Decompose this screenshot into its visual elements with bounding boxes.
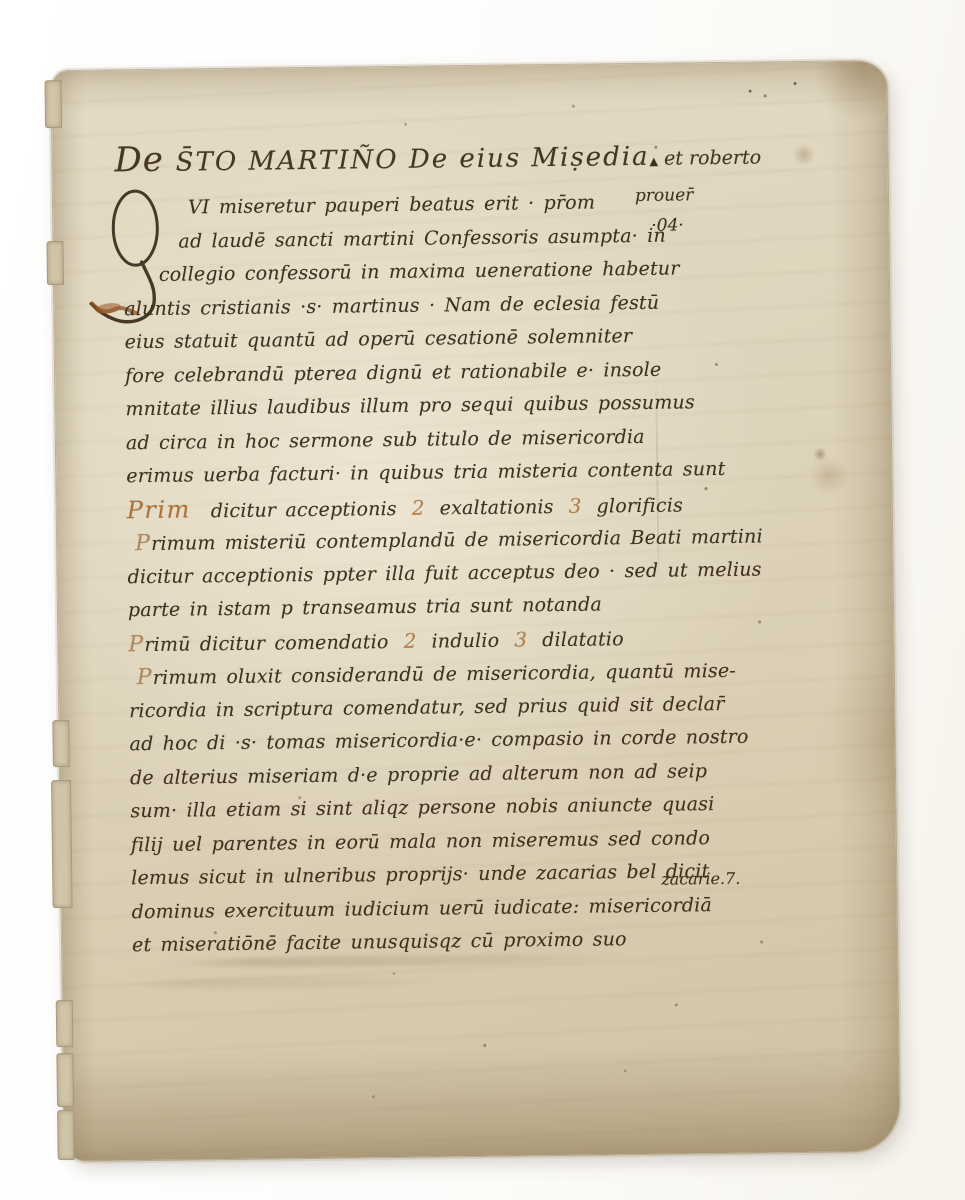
ink-text: et roberto bbox=[658, 146, 761, 169]
binding-stub bbox=[56, 1053, 74, 1107]
ink-text: de alterius miseriam d·e proprie ad alte… bbox=[130, 760, 707, 789]
rubric-text: 3 bbox=[569, 493, 582, 517]
ink-text: ad circa in hoc sermone sub titulo de mi… bbox=[126, 425, 645, 453]
rubric-text: 2 bbox=[412, 495, 425, 519]
ink-text: ad hoc di ·s· tomas misericordia·e· comp… bbox=[129, 726, 748, 756]
ink-text: rimum oluxit considerandū de misericordi… bbox=[153, 660, 736, 689]
ink-text: rimum misteriū contemplandū de misericor… bbox=[151, 525, 763, 554]
text-block: VI miseretur pauperi beatus erit · pr̄om… bbox=[123, 184, 822, 963]
binding-stub bbox=[51, 780, 73, 908]
rubric-text: Prim bbox=[127, 495, 191, 524]
margin-note-chapter: ·04· bbox=[651, 215, 684, 235]
ink-text: eius statuit quantū ad operū cesationē s… bbox=[125, 325, 633, 353]
rubric-text: P bbox=[128, 632, 143, 657]
rubric-text: 3 bbox=[514, 627, 527, 651]
ink-text: et miseratiōnē facite unusquisqz cū prox… bbox=[132, 928, 627, 956]
binding-stub bbox=[52, 720, 70, 767]
showthrough-ghost-line bbox=[124, 975, 454, 990]
margin-note-zacharias: zacarie.7. bbox=[661, 869, 740, 889]
ink-text: De eius Miṣedia bbox=[409, 142, 650, 175]
ink-text: De bbox=[114, 140, 176, 181]
rubric-text: P bbox=[135, 531, 150, 556]
ink-text: exaltationis bbox=[440, 496, 554, 519]
binding-stub bbox=[57, 1110, 75, 1160]
margin-note-source: prouer̄ bbox=[635, 185, 694, 206]
ink-text: filij uel parentes in eorū mala non mise… bbox=[131, 827, 710, 856]
ink-text: ad laudē sancti martini Confessoris asum… bbox=[178, 224, 666, 252]
ink-text: sum· illa etiam si sint aliqz persone no… bbox=[130, 793, 714, 822]
ink-text: collegio confessorū in maxima ueneration… bbox=[159, 257, 680, 285]
text-line: et miseratiōnē facite unusquisqz cū prox… bbox=[132, 921, 822, 963]
ink-text: indulio bbox=[431, 629, 499, 652]
binding-stub bbox=[56, 1000, 74, 1047]
rubric-text: 2 bbox=[403, 628, 416, 652]
ink-text: aluntis cristianis ·s· martinus · Nam de… bbox=[124, 291, 659, 320]
ink-text: ricordia in scriptura comendatur, sed pr… bbox=[129, 692, 725, 721]
foxing-specks bbox=[51, 71, 54, 74]
photo-backdrop: { "photo": { "backdrop_color": "#fdfdfc"… bbox=[0, 0, 965, 1200]
ink-text: rimū dicitur comendatio bbox=[144, 631, 388, 656]
ink-text: dicitur acceptionis bbox=[211, 497, 397, 521]
ink-text: glorificis bbox=[596, 494, 683, 517]
binding-stub bbox=[44, 80, 62, 128]
ink-text: VI miseretur pauperi beatus erit · pr̄om bbox=[188, 192, 595, 219]
ink-text: dicitur acceptionis ppter illa fuit acce… bbox=[127, 558, 761, 588]
ink-text: mnitate illius laudibus illum pro sequi … bbox=[125, 391, 695, 420]
page-title: De S̄TO MARTIÑO De eius Miṣedia▲ et robe… bbox=[114, 132, 761, 180]
ink-text: fore celebrandū pterea dignū et rationab… bbox=[125, 358, 662, 387]
ink-text: erimus uerba facturi· in quibus tria mis… bbox=[126, 458, 725, 487]
manuscript-page: De S̄TO MARTIÑO De eius Miṣedia▲ et robe… bbox=[51, 61, 899, 1161]
binding-stub bbox=[46, 241, 64, 285]
ink-text: ▲ bbox=[650, 155, 659, 168]
ink-text: lemus sicut in ulneribus proprijs· unde … bbox=[131, 860, 709, 889]
ink-text: dominus exercituum iudicium uerū iudicat… bbox=[132, 894, 713, 923]
rubric-text: P bbox=[137, 665, 152, 690]
ink-text: dilatatio bbox=[542, 628, 624, 651]
ink-text: S̄TO MARTIÑO bbox=[176, 145, 410, 178]
ink-text: parte in istam p transeamus tria sunt no… bbox=[128, 593, 602, 621]
